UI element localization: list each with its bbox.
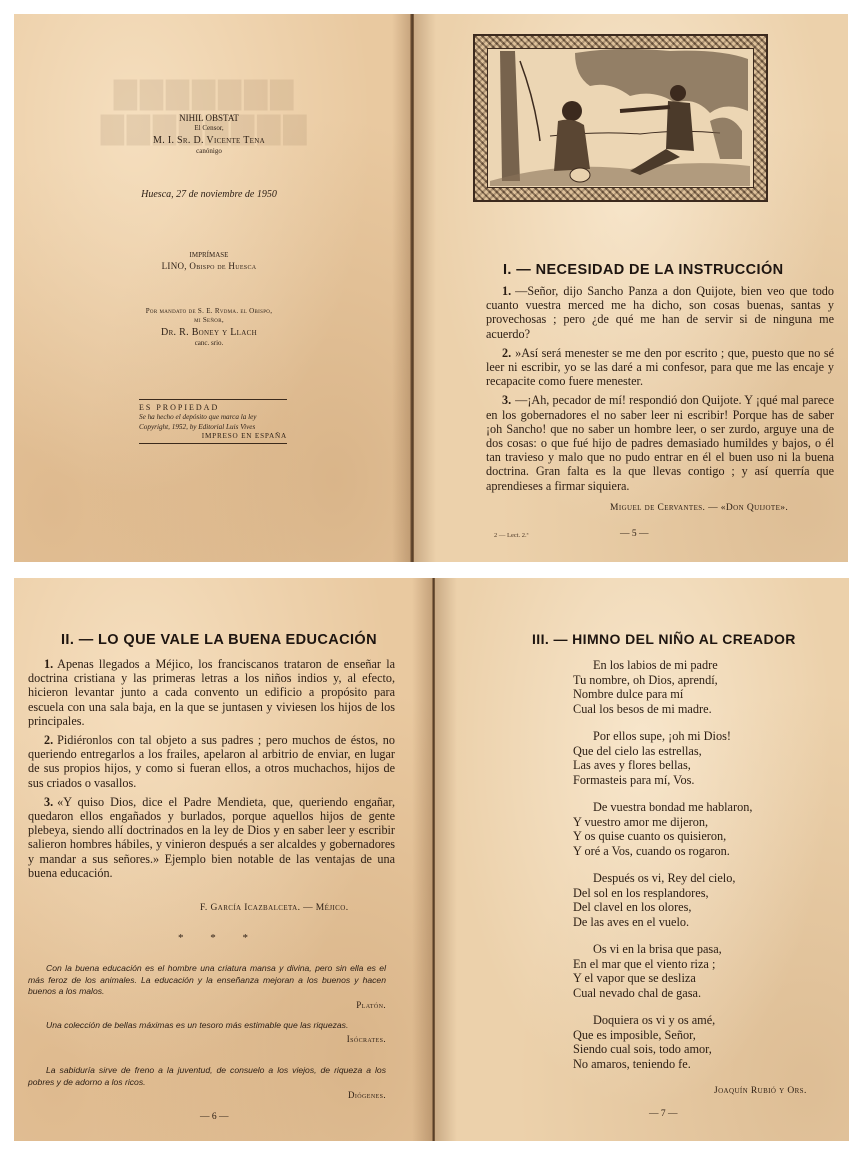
spine-shadow-left <box>412 578 434 1141</box>
mandate-block: Por mandato de S. E. Rvdma. el Obispo, m… <box>14 307 404 349</box>
chapter-1-attribution: Miguel de Cervantes. — «Don Quijote». <box>610 503 788 513</box>
maxim-isocrates: Una colección de bellas máximas es un te… <box>28 1020 386 1045</box>
nihil-obstat: NIHIL OBSTAT <box>14 112 404 124</box>
paragraph-1: 1.Apenas llegados a Méjico, los francisc… <box>28 657 395 728</box>
maxim-author: Diógenes. <box>28 1090 386 1102</box>
imprimase: IMPRÍMASE <box>14 251 404 260</box>
paragraph-2: 2.Pidiéronlos con tal objeto a sus padre… <box>28 733 395 790</box>
bishop-name: LINO, Obispo de Huesca <box>14 260 404 272</box>
quijote-illustration <box>473 34 768 202</box>
paragraph-3: 3.«Y quiso Dios, dice el Padre Mendieta,… <box>28 795 395 880</box>
imprimase-block: IMPRÍMASE LINO, Obispo de Huesca <box>14 251 404 273</box>
secretary-title: canc. srio. <box>14 339 404 348</box>
quijote-sancho-engraving-icon <box>480 41 761 195</box>
copyright-box: ES PROPIEDAD Se ha hecho el depósito que… <box>139 399 287 444</box>
top-spread: ▇▇▇▇▇▇▇ ▇▇▇▇▇▇▇▇ NIHIL OBSTAT El Censor,… <box>14 14 848 562</box>
nihil-obstat-block: NIHIL OBSTAT El Censor, M. I. Sr. D. Vic… <box>14 112 404 157</box>
hymn-poem: En los labios de mi padre Tu nombre, oh … <box>573 658 752 1084</box>
printer-signature: 2 — Lect. 2.ª <box>494 532 528 539</box>
secretary-name: Dr. R. Boney y Llach <box>14 326 404 340</box>
spine-shadow-right <box>435 578 457 1141</box>
bottom-spread: II. — LO QUE VALE LA BUENA EDUCACIÓN 1.A… <box>14 578 849 1141</box>
copyright-line-2: Copyright, 1952, by Editorial Luis Vives <box>139 423 287 432</box>
mandate-line-2: mi Señor, <box>14 316 404 325</box>
stanza-1: En los labios de mi padre Tu nombre, oh … <box>573 658 752 716</box>
censor-title: canónigo <box>14 147 404 156</box>
chapter-3-title: III. — HIMNO DEL NIÑO AL CREADOR <box>532 631 796 647</box>
chapter-2-title: II. — LO QUE VALE LA BUENA EDUCACIÓN <box>61 632 377 648</box>
paragraph-1: 1.—Señor, dijo Sancho Panza a don Quijot… <box>486 284 834 341</box>
page-4-imprint: ▇▇▇▇▇▇▇ ▇▇▇▇▇▇▇▇ NIHIL OBSTAT El Censor,… <box>14 14 414 562</box>
page-number-5: — 5 — <box>620 529 649 539</box>
stanza-2: Por ellos supe, ¡oh mi Dios! Que del cie… <box>573 729 752 787</box>
stanza-6: Doquiera os vi y os amé, Que es imposibl… <box>573 1013 752 1071</box>
copyright-line-1: Se ha hecho el depósito que marca la ley <box>139 413 287 422</box>
maxim-author: Platón. <box>28 1000 386 1012</box>
maxim-plato: Con la buena educación es el hombre una … <box>28 963 386 1011</box>
censor-label: El Censor, <box>14 124 404 133</box>
chapter-1-body: 1.—Señor, dijo Sancho Panza a don Quijot… <box>486 284 834 498</box>
section-separator: * * * <box>14 932 424 944</box>
page-number-6: — 6 — <box>200 1112 229 1122</box>
chapter-2-attribution: F. García Icazbalceta. — Méjico. <box>200 903 348 913</box>
stanza-4: Después os vi, Rey del cielo, Del sol en… <box>573 871 752 929</box>
paragraph-3: 3.—¡Ah, pecador de mí! respondió don Qui… <box>486 393 834 492</box>
page-number-7: — 7 — <box>649 1109 678 1119</box>
censor-name: M. I. Sr. D. Vicente Tena <box>14 134 404 148</box>
copyright-heading: ES PROPIEDAD <box>139 403 287 413</box>
maxim-diogenes: La sabiduría sirve de freno a la juventu… <box>28 1065 386 1102</box>
copyright-line-3: IMPRESO EN ESPAÑA <box>139 432 287 441</box>
stanza-3: De vuestra bondad me hablaron, Y vuestro… <box>573 800 752 858</box>
chapter-2-body: 1.Apenas llegados a Méjico, los francisc… <box>28 657 395 885</box>
chapter-3-attribution: Joaquín Rubió y Ors. <box>714 1086 807 1096</box>
maxim-author: Isócrates. <box>28 1034 386 1046</box>
spine-shadow-right <box>414 14 436 562</box>
mandate-line: Por mandato de S. E. Rvdma. el Obispo, <box>14 307 404 316</box>
place-date: Huesca, 27 de noviembre de 1950 <box>14 188 404 202</box>
paragraph-2: 2.»Así será menester se me den por escri… <box>486 346 834 389</box>
chapter-1-title: I. — NECESIDAD DE LA INSTRUCCIÓN <box>503 262 784 278</box>
stanza-5: Os vi en la brisa que pasa, En el mar qu… <box>573 942 752 1000</box>
